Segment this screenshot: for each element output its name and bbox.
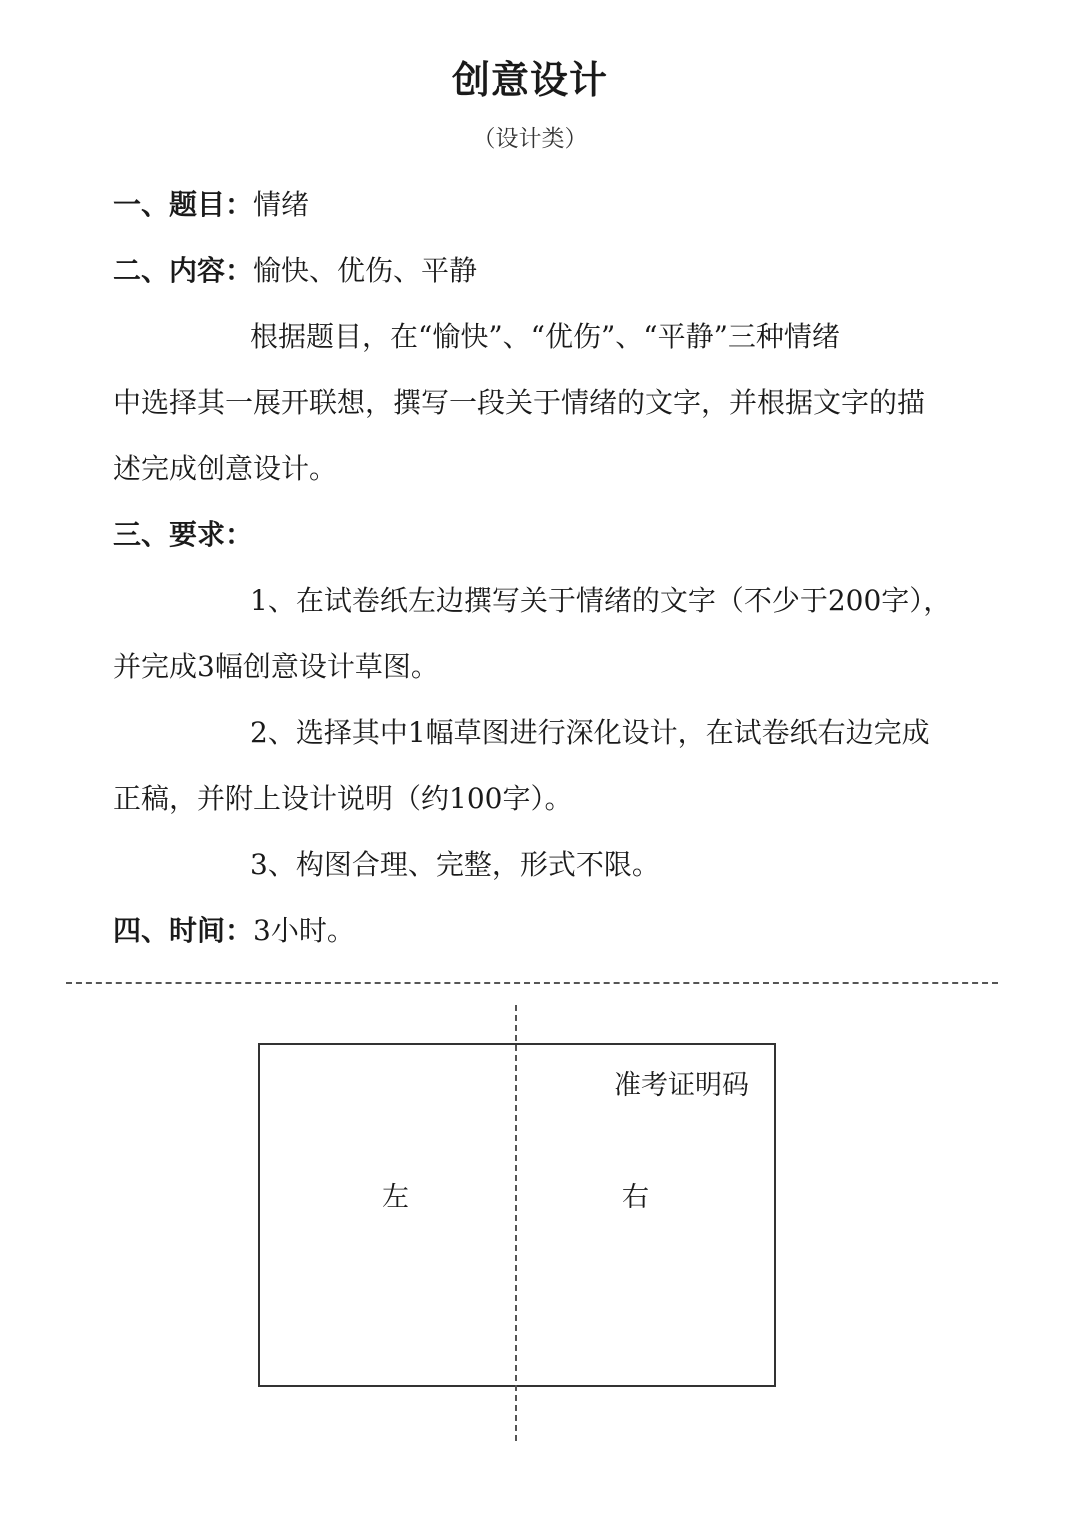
section-time: 四、时间：3小时。 [113,911,953,951]
left-side-label: 左 [382,1181,409,1215]
requirement-item-1-line1: 1、在试卷纸左边撰写关于情绪的文字（不少于200字）， [250,581,1080,621]
section-topic: 一、题目：情绪 [113,185,953,225]
page-title: 创意设计 [0,55,1060,105]
section-time-label: 四、时间： [113,914,253,947]
section-content: 二、内容：愉快、优伤、平静 [113,251,953,291]
section-content-value: 愉快、优伤、平静 [253,254,477,287]
requirement-item-3-line1: 3、构图合理、完整，形式不限。 [250,845,1080,885]
content-paragraph-line: 述完成创意设计。 [113,449,953,489]
content-paragraph-line: 中选择其一展开联想，撰写一段关于情绪的文字，并根据文字的描 [113,383,953,423]
exam-id-label: 准考证明码 [614,1069,749,1103]
requirement-item-2-line2: 正稿，并附上设计说明（约100字）。 [113,779,953,819]
horizontal-dashed-divider [66,982,998,984]
page-subtitle: （设计类） [0,122,1060,156]
section-topic-value: 情绪 [253,188,309,221]
section-time-value: 3小时。 [253,914,355,947]
requirement-item-2-line1: 2、选择其中1幅草图进行深化设计，在试卷纸右边完成 [250,713,1080,753]
section-requirements: 三、要求： [113,515,953,555]
right-side-label: 右 [622,1181,649,1215]
section-content-label: 二、内容： [113,254,253,287]
section-requirements-label: 三、要求： [113,518,253,551]
content-paragraph-line: 根据题目，在“愉快”、“优伤”、“平静”三种情绪 [250,317,1080,357]
requirement-item-1-line2: 并完成3幅创意设计草图。 [113,647,953,687]
vertical-dashed-fold-line [515,1005,517,1441]
section-topic-label: 一、题目： [113,188,253,221]
